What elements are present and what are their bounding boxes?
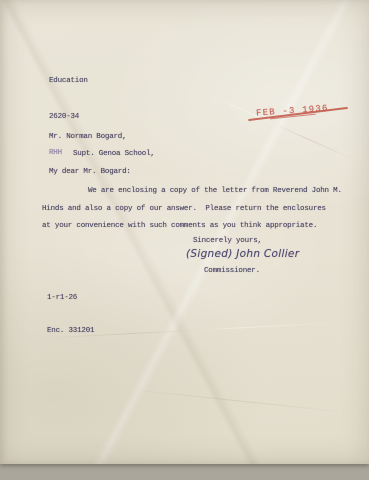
file-subject-line: Education	[49, 75, 88, 87]
received-date-stamp: FEB -3 1936	[256, 103, 329, 118]
body-line: We are enclosing a copy of the letter fr…	[88, 187, 342, 195]
file-number-line: 2620-34	[49, 111, 88, 123]
signature-title: Commissioner.	[204, 267, 260, 275]
recipient-name: Mr. Norman Bogard,	[49, 133, 126, 141]
paper-crease	[121, 388, 350, 413]
file-reference-block: Education 2620-34 RHH	[49, 51, 88, 183]
recipient-title: Supt. Genoa School,	[73, 150, 155, 158]
paper-crease	[210, 95, 357, 161]
body-line: at your convenience with such comments a…	[42, 222, 317, 230]
body-line: Hinds and also a copy of our answer. Ple…	[42, 205, 326, 213]
closing-line: Sincerely yours,	[193, 237, 262, 245]
letter-scan: Education 2620-34 RHH FEB -3 1936 Mr. No…	[0, 0, 369, 480]
footer-date-notation: 1-r1-26	[47, 293, 94, 304]
salutation: My dear Mr. Bogard:	[49, 168, 131, 176]
signature-stamp: (Signed) John Collier	[186, 248, 299, 260]
letter-paper: Education 2620-34 RHH FEB -3 1936 Mr. No…	[0, 0, 369, 464]
footer-enclosure-notation: Enc. 331201	[47, 326, 94, 337]
footer-notation-block: 1-r1-26 Enc. 331201	[47, 271, 94, 359]
